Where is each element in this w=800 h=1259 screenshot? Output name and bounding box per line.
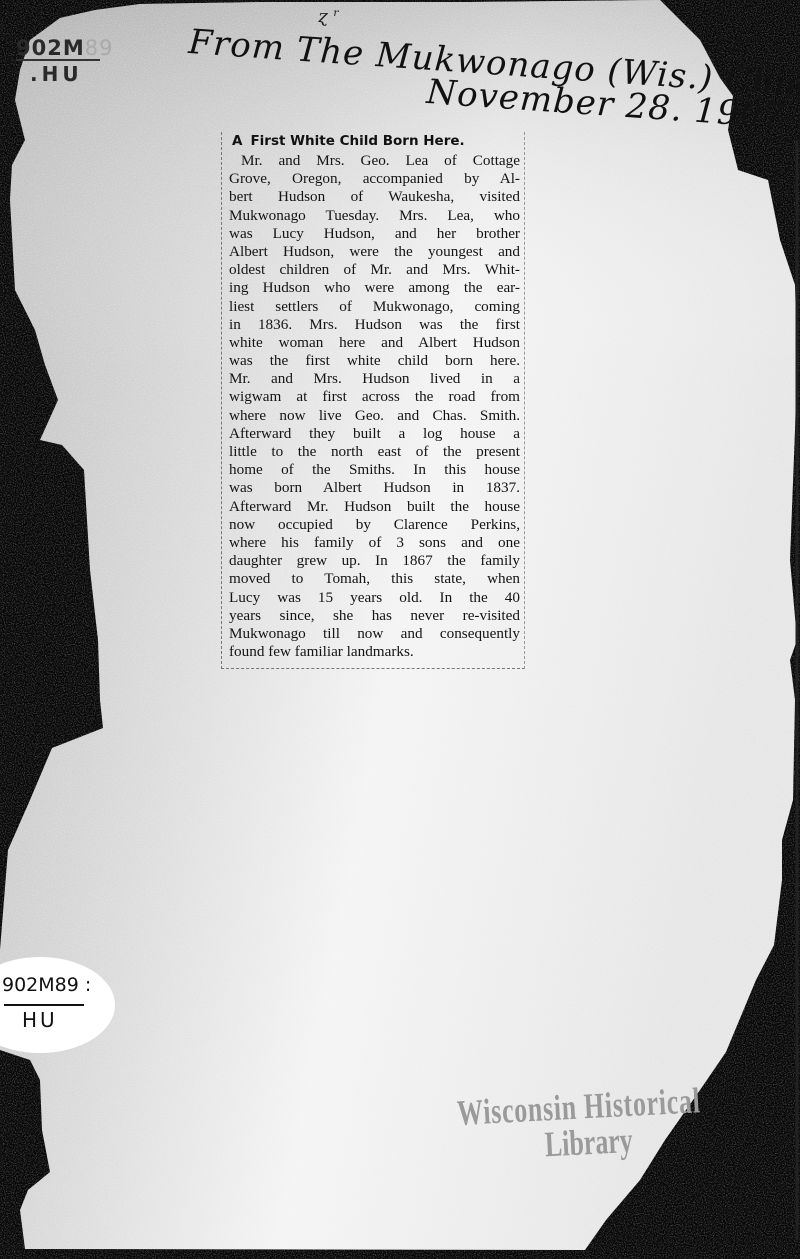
handwritten-scribble: ɀ ʳ	[318, 6, 339, 27]
article-headline: AFirst White Child Born Here.	[232, 133, 465, 149]
article-line: Albert Hudson, were the youngest and	[229, 243, 520, 261]
article-line: Lucy was 15 years old. In the 40	[229, 589, 520, 607]
call-number-bottom-rule	[4, 1004, 84, 1006]
call-number-bottom-sub: HU	[22, 1008, 58, 1032]
article-line: oldest children of Mr. and Mrs. Whit-	[229, 261, 520, 279]
article-line: ing Hudson who were among the ear-	[229, 279, 520, 297]
article-line: was the first white child born here.	[229, 352, 520, 370]
article-line: where now live Geo. and Chas. Smith.	[229, 407, 520, 425]
call-number-bottom: 902M89 :	[2, 974, 91, 996]
article-line: little to the north east of the present	[229, 443, 520, 461]
call-number-top-sub: .HU	[30, 62, 83, 86]
article-line: Mr. and Mrs. Geo. Lea of Cottage	[229, 152, 520, 170]
article-line: Afterward Mr. Hudson built the house	[229, 498, 520, 516]
call-number-top: 902M89	[16, 36, 113, 60]
call-number-top-faded: 89	[85, 36, 114, 60]
article-line: Mukwonago Tuesday. Mrs. Lea, who	[229, 207, 520, 225]
article-line: was Lucy Hudson, and her brother	[229, 225, 520, 243]
article-line: in 1836. Mrs. Hudson was the first	[229, 316, 520, 334]
article-line: Mukwonago till now and consequently	[229, 625, 520, 643]
article-line: home of the Smiths. In this house	[229, 461, 520, 479]
article-marker: A	[232, 133, 242, 149]
article-line: bert Hudson of Waukesha, visited	[229, 188, 520, 206]
article-line: liest settlers of Mukwonago, coming	[229, 298, 520, 316]
article-body: Mr. and Mrs. Geo. Lea of CottageGrove, O…	[229, 152, 520, 661]
article-line: daughter grew up. In 1867 the family	[229, 552, 520, 570]
article-line: was born Albert Hudson in 1837.	[229, 479, 520, 497]
article-line: Mr. and Mrs. Hudson lived in a	[229, 370, 520, 388]
article-line: years since, she has never re-visited	[229, 607, 520, 625]
article-line: where his family of 3 sons and one	[229, 534, 520, 552]
article-line: white woman here and Albert Hudson	[229, 334, 520, 352]
article-headline-text: First White Child Born Here.	[250, 133, 464, 149]
article-line: wigwam at first across the road from	[229, 388, 520, 406]
article-line: Afterward they built a log house a	[229, 425, 520, 443]
article-line: found few familiar landmarks.	[229, 643, 520, 661]
call-number-top-main: 902M	[16, 36, 85, 60]
call-number-top-rule	[16, 59, 100, 61]
article-line: moved to Tomah, this state, when	[229, 570, 520, 588]
article-line: Grove, Oregon, accompanied by Al-	[229, 170, 520, 188]
article-line: now occupied by Clarence Perkins,	[229, 516, 520, 534]
